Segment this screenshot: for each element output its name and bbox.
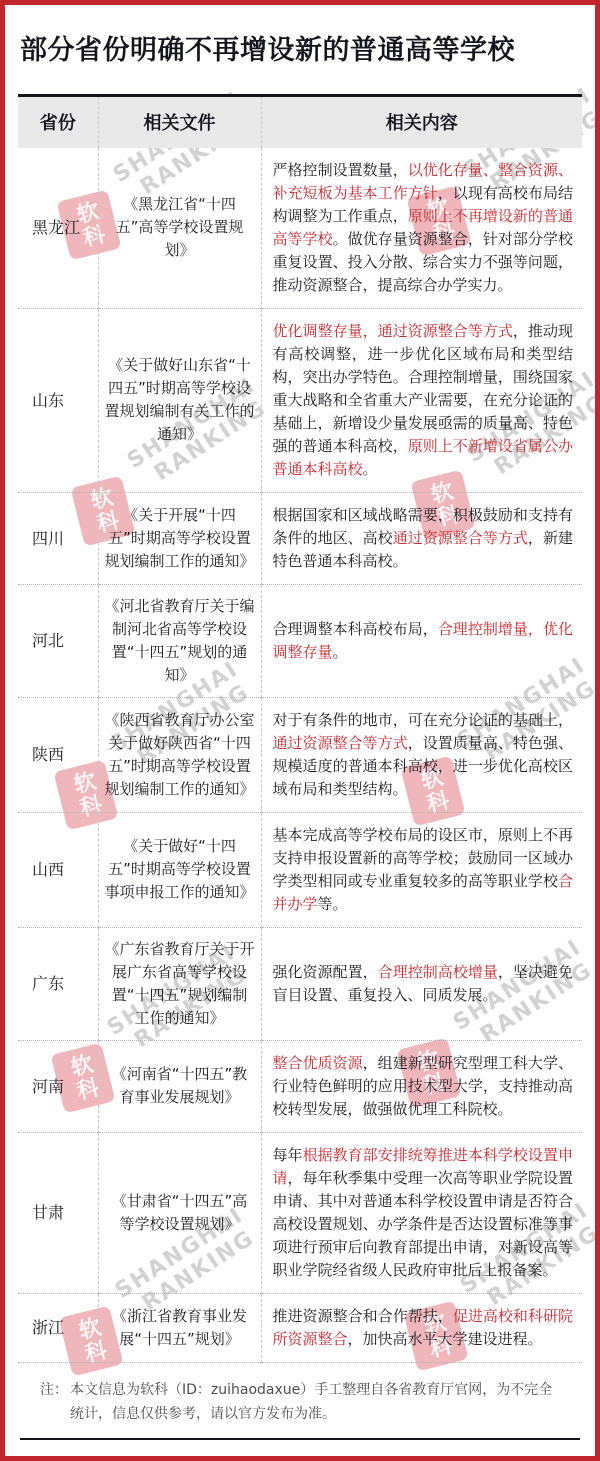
table-row: 山西 《关于做好“十四五”时期高等学校设置事项申报工作的通知》 基本完成高等学校…	[18, 812, 582, 927]
footnote-text: 本文信息为软科（ID：zuihaodaxue）手工整理自各省教育厅官网，为不完全…	[70, 1378, 560, 1426]
content-text: ，加快高水平大学建设进程。	[348, 1330, 543, 1348]
page-title: 部分省份明确不再增设新的普通高等学校	[20, 33, 582, 68]
table-row: 四川 《关于开展“十四五”时期高等学校设置规划编制工作的通知》 根据国家和区域战…	[18, 492, 582, 584]
content-cell: 根据国家和区域战略需要，积极鼓励和支持有条件的地区、高校通过资源整合等方式，新建…	[261, 492, 582, 584]
document-cell: 《关于做好“十四五”时期高等学校设置事项申报工作的通知》	[98, 812, 261, 927]
content-text: 合理调整本科高校布局，	[273, 620, 438, 638]
content-cell: 推进资源整合和合作帮扶，促进高校和科研院所资源整合，加快高水平大学建设进程。	[261, 1293, 582, 1362]
content-cell: 基本完成高等学校布局的设区市，原则上不再支持申报设置新的高等学校；鼓励同一区域办…	[261, 812, 582, 927]
column-header-document: 相关文件	[98, 96, 261, 148]
document-cell: 《河南省“十四五”教育事业发展规划》	[98, 1040, 261, 1132]
footnote-prefix: 注：	[40, 1378, 70, 1402]
content-cell: 合理调整本科高校布局，合理控制增量，优化调整存量。	[261, 584, 582, 697]
highlighted-text: 整合优质资源	[273, 1054, 363, 1072]
bottom-divider	[20, 1438, 580, 1440]
content-text: 。	[363, 460, 378, 478]
footnote: 注： 本文信息为软科（ID：zuihaodaxue）手工整理自各省教育厅官网，为…	[40, 1378, 560, 1426]
table-row: 陕西 《陕西省教育厅办公室关于做好陕西省“十四五”时期高等学校设置规划编制工作的…	[18, 697, 582, 812]
document-cell: 《关于开展“十四五”时期高等学校设置规划编制工作的通知》	[98, 492, 261, 584]
highlighted-text: 优化调整存量，通过资源整合等方式	[273, 322, 513, 340]
province-cell: 甘肃	[18, 1132, 98, 1293]
content-text: 。	[333, 643, 348, 661]
content-text: 基本完成高等学校布局的设区市，原则上不再支持申报设置新的高等学校；鼓励同一区域办…	[273, 826, 574, 890]
table-row: 河北 《河北省教育厅关于编制河北省高等学校设置“十四五”规划的通知》 合理调整本…	[18, 584, 582, 697]
document-cell: 《甘肃省“十四五”高等学校设置规划》	[98, 1132, 261, 1293]
column-header-province: 省份	[18, 96, 98, 148]
document-cell: 《广东省教育厅关于开展广东省高等学校设置“十四五”规划编制工作的通知》	[98, 927, 261, 1040]
province-cell: 河北	[18, 584, 98, 697]
province-cell: 山东	[18, 308, 98, 492]
content-text: 对于有条件的地市，可在充分论证的基础上，	[273, 711, 574, 729]
content-text: 推进资源整合和合作帮扶，	[273, 1307, 453, 1325]
content-text: ，每年秋季集中受理一次高等职业学院设置申请、其中对普通本科学校设置申请是否符合高…	[273, 1169, 574, 1279]
content-text: 严格控制设置数量，	[273, 161, 408, 179]
content-text: 等。	[318, 895, 348, 913]
province-cell: 黑龙江	[18, 148, 98, 309]
content-text: 每年	[273, 1146, 303, 1164]
content-cell: 优化调整存量，通过资源整合等方式，推动现有高校调整，进一步优化区域布局和类型结构…	[261, 308, 582, 492]
table-row: 河南 《河南省“十四五”教育事业发展规划》 整合优质资源，组建新型研究型理工科大…	[18, 1040, 582, 1132]
province-cell: 广东	[18, 927, 98, 1040]
column-header-content: 相关内容	[261, 96, 582, 148]
highlighted-text: 通过资源整合等方式	[393, 529, 528, 547]
province-cell: 陕西	[18, 697, 98, 812]
document-cell: 《黑龙江省“十四五”高等学校设置规划》	[98, 148, 261, 309]
content-cell: 整合优质资源，组建新型研究型理工科大学、行业特色鲜明的应用技术型大学，支持推动高…	[261, 1040, 582, 1132]
content-cell: 每年根据教育部安排统筹推进本科学校设置申请，每年秋季集中受理一次高等职业学院设置…	[261, 1132, 582, 1293]
table-row: 山东 《关于做好山东省“十四五”时期高等学校设置规划编制有关工作的通知》 优化调…	[18, 308, 582, 492]
province-cell: 山西	[18, 812, 98, 927]
document-cell: 《关于做好山东省“十四五”时期高等学校设置规划编制有关工作的通知》	[98, 308, 261, 492]
table-row: 黑龙江 《黑龙江省“十四五”高等学校设置规划》 严格控制设置数量，以优化存量、整…	[18, 148, 582, 309]
table-row: 浙江 《浙江省教育事业发展“十四五”规划》 推进资源整合和合作帮扶，促进高校和科…	[18, 1293, 582, 1362]
province-cell: 浙江	[18, 1293, 98, 1362]
table-header-row: 省份 相关文件 相关内容	[18, 96, 582, 148]
highlighted-text: 通过资源整合等方式	[273, 734, 408, 752]
document-cell: 《浙江省教育事业发展“十四五”规划》	[98, 1293, 261, 1362]
content-text: ，推动现有高校调整，进一步优化区域布局和类型结构，突出办学特色。合理控制增量，围…	[273, 322, 574, 455]
province-cell: 四川	[18, 492, 98, 584]
content-cell: 严格控制设置数量，以优化存量、整合资源、补充短板为基本工作方针，以现有高校布局结…	[261, 148, 582, 309]
content-cell: 对于有条件的地市，可在充分论证的基础上，通过资源整合等方式，设置质量高、特色强、…	[261, 697, 582, 812]
table-row: 广东 《广东省教育厅关于开展广东省高等学校设置“十四五”规划编制工作的通知》 强…	[18, 927, 582, 1040]
document-cell: 《陕西省教育厅办公室关于做好陕西省“十四五”时期高等学校设置规划编制工作的通知》	[98, 697, 261, 812]
document-cell: 《河北省教育厅关于编制河北省高等学校设置“十四五”规划的通知》	[98, 584, 261, 697]
table-row: 甘肃 《甘肃省“十四五”高等学校设置规划》 每年根据教育部安排统筹推进本科学校设…	[18, 1132, 582, 1293]
province-cell: 河南	[18, 1040, 98, 1132]
infographic-page: 软科 SHANGHAIRANKING 软科 SHANGHAIRANKING 软科…	[0, 0, 600, 1461]
highlighted-text: 合理控制高校增量	[378, 963, 498, 981]
province-policy-table: 省份 相关文件 相关内容 黑龙江 《黑龙江省“十四五”高等学校设置规划》 严格控…	[18, 94, 582, 1363]
content-cell: 强化资源配置，合理控制高校增量，坚决避免盲目设置、重复投入、同质发展。	[261, 927, 582, 1040]
content-text: 强化资源配置，	[273, 963, 378, 981]
